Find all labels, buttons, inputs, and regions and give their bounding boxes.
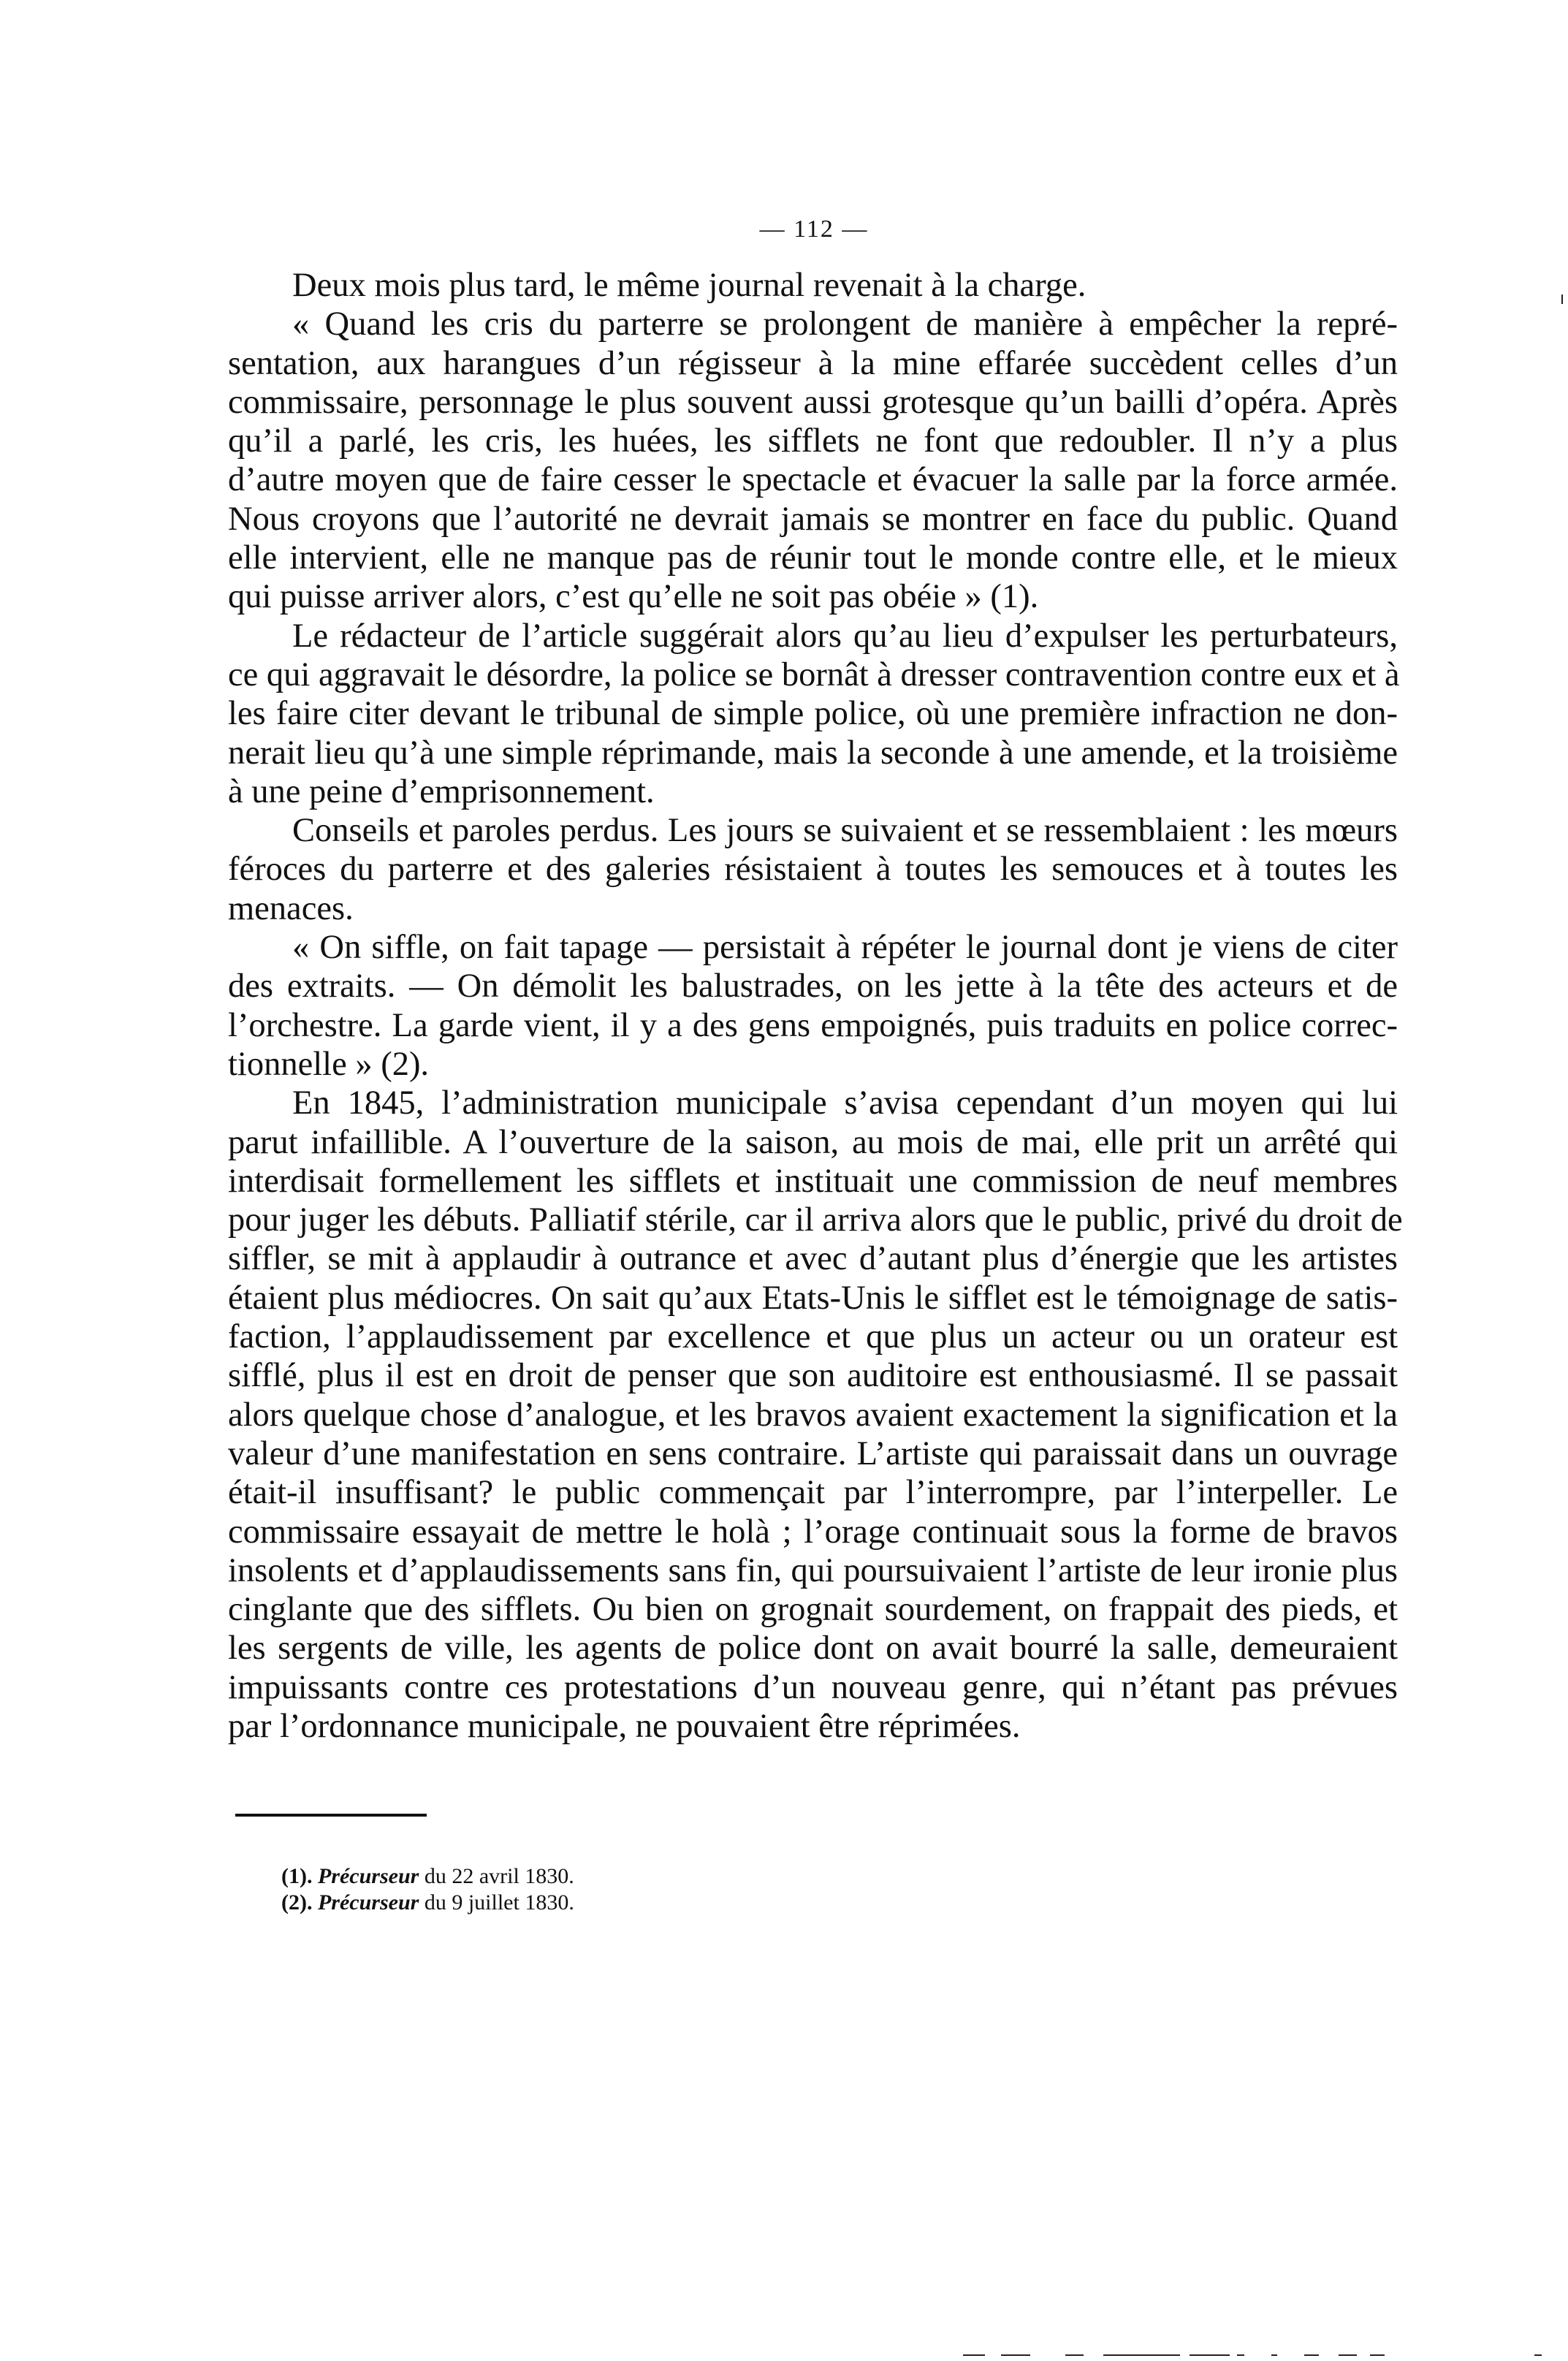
text-line: En 1845, l’administration municipale s’a… [228,1084,1398,1122]
text-line: faction, l’applaudissement par excellenc… [228,1318,1398,1356]
footnote-1: (1). Précurseur du 22 avril 1830. [281,1863,574,1890]
text-line: qui puisse arriver alors, c’est qu’elle … [228,577,1398,616]
text-line: était-il insuffisant? le public commença… [228,1473,1398,1512]
text-line: Deux mois plus tard, le même journal rev… [228,266,1398,305]
footnote-number: (1). [281,1864,312,1888]
text-line: impuissants contre ces protestations d’u… [228,1668,1398,1707]
text-line: ce qui aggravait le désordre, la police … [228,655,1398,694]
text-line: qu’il a parlé, les cris, les huées, les … [228,422,1398,460]
text-line: commissaire, personnage le plus souvent … [228,383,1398,422]
text-line: « On siffle, on fait tapage — persistait… [228,928,1398,967]
text-line: féroces du parterre et des galeries rési… [228,850,1398,889]
footnote-source: Précurseur [318,1864,419,1888]
footnote-source: Précurseur [318,1890,419,1915]
text-line: à une peine d’emprisonnement. [228,772,1398,811]
text-line: par l’ordonnance municipale, ne pouvaien… [228,1707,1398,1746]
text-line: Conseils et paroles perdus. Les jours se… [228,811,1398,850]
text-line: commissaire essayait de mettre le holà ;… [228,1513,1398,1551]
text-line: Le rédacteur de l’article suggérait alor… [228,617,1398,655]
scan-artifact-mark [1561,294,1563,304]
text-line: insolents et d’applaudissements sans fin… [228,1551,1398,1590]
text-line: alors quelque chose d’analogue, et les b… [228,1396,1398,1434]
document-page: — 112 — Deux mois plus tard, le même jou… [0,0,1568,2361]
text-line: interdisait formellement les sifflets et… [228,1162,1398,1201]
text-line: valeur d’une manifestation en sens contr… [228,1434,1398,1473]
text-line: tionnelle » (2). [228,1045,1398,1084]
text-line: sentation, aux harangues d’un régisseur … [228,344,1398,383]
text-line: sifflé, plus il est en droit de penser q… [228,1356,1398,1395]
text-line: parut infaillible. A l’ouverture de la s… [228,1123,1398,1162]
text-line: siffler, se mit à applaudir à outrance e… [228,1239,1398,1278]
body-text: Deux mois plus tard, le même journal rev… [228,266,1398,1746]
footnote-2: (2). Précurseur du 9 juillet 1830. [281,1890,574,1916]
footnote-date: du 22 avril 1830. [425,1864,574,1888]
text-line: Nous croyons que l’autorité ne devrait j… [228,500,1398,539]
text-line: les sergents de ville, les agents de pol… [228,1629,1398,1668]
text-line: l’orchestre. La garde vient, il y a des … [228,1006,1398,1045]
scan-artifact-dashes [957,2354,1542,2357]
footnote-date: du 9 juillet 1830. [425,1890,574,1915]
page-number: — 112 — [731,212,897,247]
text-line: menaces. [228,889,1398,928]
footnotes: (1). Précurseur du 22 avril 1830. (2). P… [281,1863,574,1916]
text-line: nerait lieu qu’à une simple réprimande, … [228,734,1398,772]
text-line: elle intervient, elle ne manque pas de r… [228,539,1398,577]
text-line: pour juger les débuts. Palliatif stérile… [228,1201,1398,1239]
text-line: des extraits. — On démolit les balustrad… [228,967,1398,1005]
text-line: étaient plus médiocres. On sait qu’aux E… [228,1279,1398,1318]
text-line: d’autre moyen que de faire cesser le spe… [228,460,1398,499]
text-line: cinglante que des sifflets. Ou bien on g… [228,1590,1398,1629]
footnote-separator-rule [235,1814,427,1817]
text-line: « Quand les cris du parterre se prolonge… [228,305,1398,343]
footnote-number: (2). [281,1890,312,1915]
text-line: les faire citer devant le tribunal de si… [228,694,1398,733]
